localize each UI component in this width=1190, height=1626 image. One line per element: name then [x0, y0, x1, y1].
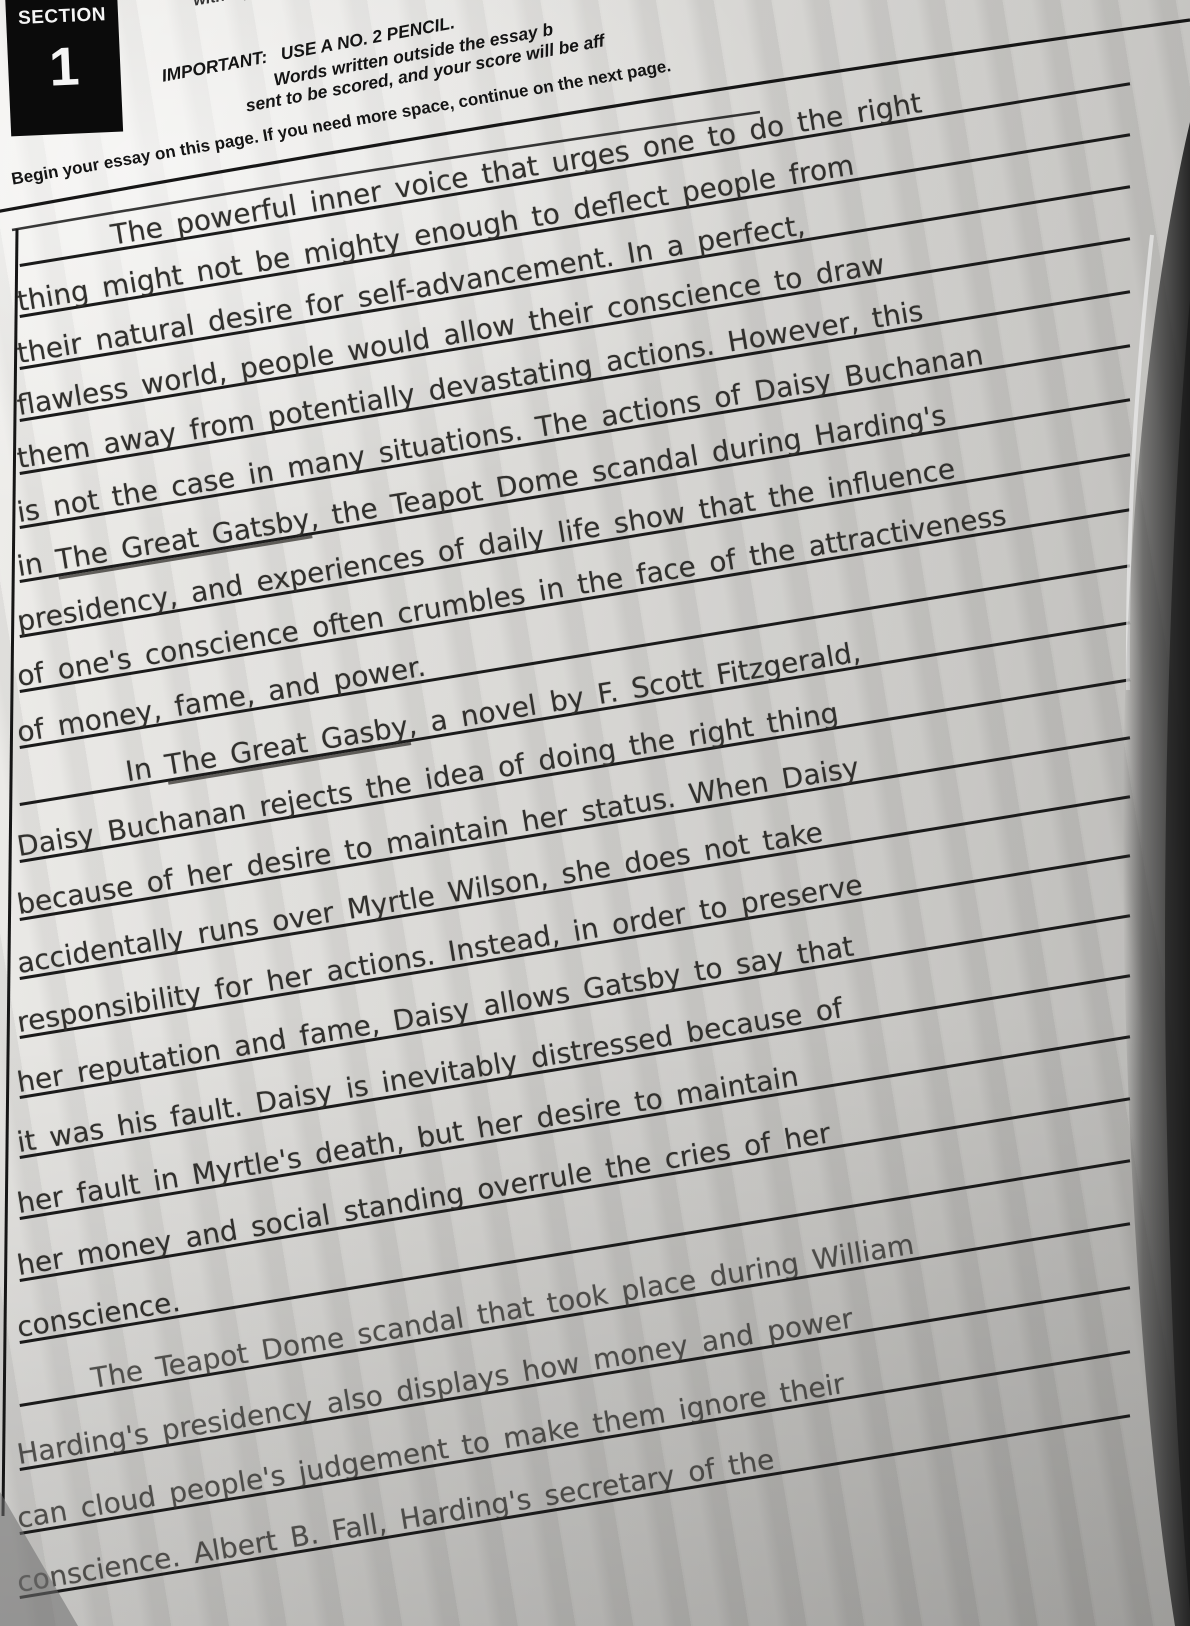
answer-sheet-photo: SECTION 1 with my essay IMPORTANT:USE A …	[0, 0, 1190, 1626]
essay-lines-container: The powerful inner voice that urges one …	[0, 0, 1190, 1626]
handwritten-text: conscience.	[15, 1288, 182, 1343]
